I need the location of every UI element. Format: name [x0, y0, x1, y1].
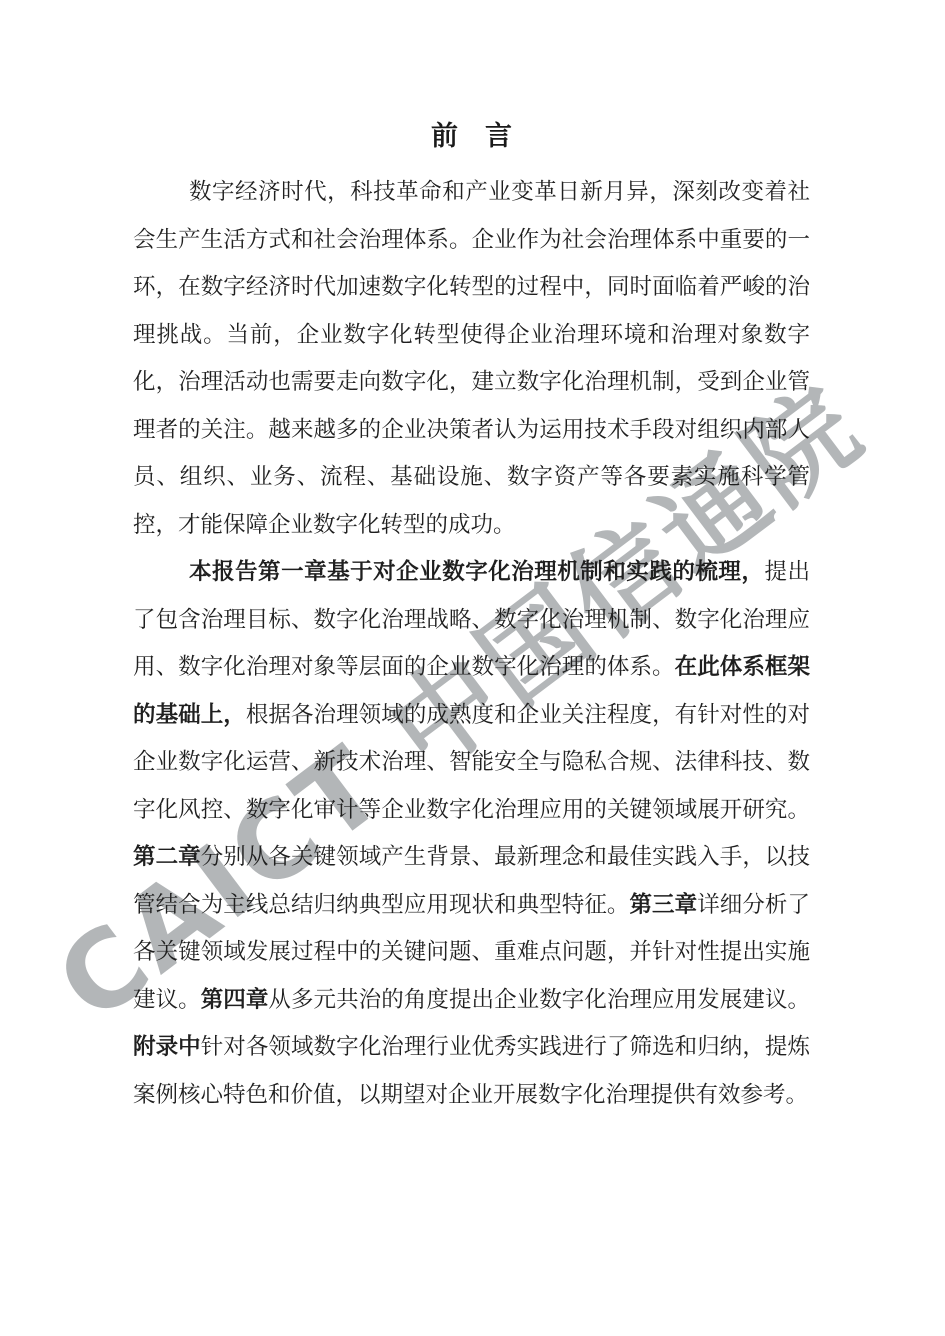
text-run: 针对各领域数字化治理行业优秀实践进行了筛选和归纳，提炼案例核心特色和价值，以期望…: [133, 1034, 810, 1107]
text-run: 数字经济时代，科技革命和产业变革日新月异，深刻改变着社会生产生活方式和社会治理体…: [133, 179, 810, 537]
text-run-bold: 附录中: [133, 1034, 201, 1059]
text-run: 从多元共治的角度提出企业数字化治理应用发展建议。: [268, 987, 810, 1012]
document-body: 数字经济时代，科技革命和产业变革日新月异，深刻改变着社会生产生活方式和社会治理体…: [133, 168, 810, 1118]
text-run-bold: 本报告第一章基于对企业数字化治理机制和实践的梳理，: [189, 559, 764, 584]
text-run-bold: 第二章: [133, 844, 201, 869]
text-run-bold: 第四章: [201, 987, 269, 1012]
document-content: 前 言 数字经济时代，科技革命和产业变革日新月异，深刻改变着社会生产生活方式和社…: [0, 0, 945, 1118]
page-title: 前 言: [133, 118, 810, 155]
paragraph: 数字经济时代，科技革命和产业变革日新月异，深刻改变着社会生产生活方式和社会治理体…: [133, 168, 810, 548]
text-run-bold: 第三章: [629, 892, 697, 917]
document-page: CAICT 中国信通院 前 言 数字经济时代，科技革命和产业变革日新月异，深刻改…: [0, 0, 945, 1336]
paragraph: 本报告第一章基于对企业数字化治理机制和实践的梳理，提出了包含治理目标、数字化治理…: [133, 548, 810, 1118]
